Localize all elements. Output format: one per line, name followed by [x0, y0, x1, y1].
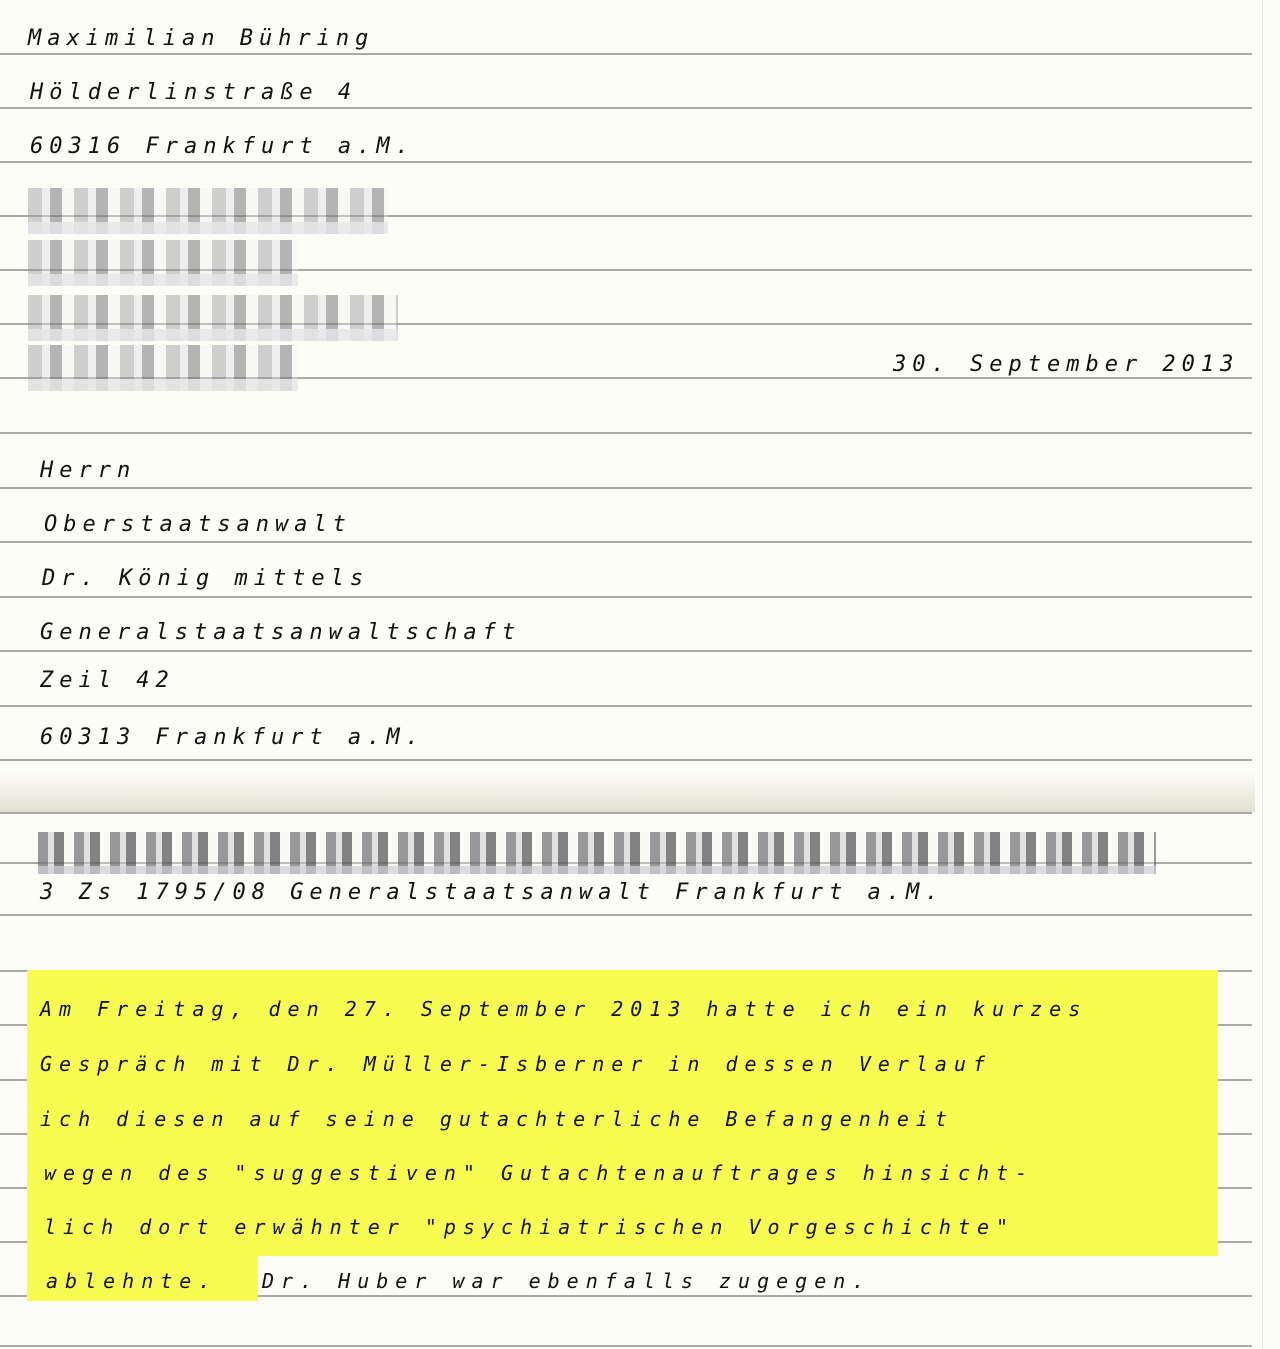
ruled-line	[0, 107, 1252, 109]
letter-date: 30. September 2013	[893, 352, 1239, 378]
ruled-line	[0, 432, 1252, 434]
scan-smudge	[0, 772, 1255, 812]
ruled-line	[0, 650, 1252, 652]
body-line-3: ich diesen auf seine gutachterliche Befa…	[40, 1106, 954, 1132]
ruled-line	[0, 705, 1252, 707]
body-line-5: lich dort erwähnter "psychiatrischen Vor…	[44, 1214, 1015, 1240]
body-line-4: wegen des "suggestiven" Gutachtenauftrag…	[44, 1160, 1034, 1186]
redacted-line-2	[28, 240, 298, 286]
ruled-line	[0, 541, 1252, 543]
file-number: 3 Zs 1795/08 Generalstaatsanwalt Frankfu…	[40, 880, 945, 906]
recipient-city: 60313 Frankfurt a.M.	[40, 725, 425, 751]
ruled-line	[0, 53, 1252, 55]
redacted-line-4	[28, 345, 298, 391]
sender-name: Maximilian Bühring	[28, 26, 374, 52]
body-line-7: Dr. Huber war ebenfalls zugegen.	[262, 1268, 871, 1294]
ruled-line	[0, 596, 1252, 598]
ruled-line	[0, 161, 1252, 163]
ruled-line	[0, 487, 1252, 489]
letter-page: Maximilian Bühring Hölderlinstraße 4 603…	[0, 0, 1280, 1349]
ruled-line	[0, 1345, 1252, 1347]
body-line-2: Gespräch mit Dr. Müller-Isberner in dess…	[40, 1051, 992, 1077]
recipient-office: Generalstaatsanwaltschaft	[40, 620, 521, 646]
sender-city: 60316 Frankfurt a.M.	[30, 134, 415, 160]
ruled-line	[0, 759, 1252, 761]
body-line-6: ablehnte.	[46, 1268, 217, 1294]
recipient-street: Zeil 42	[40, 668, 175, 694]
sender-street: Hölderlinstraße 4	[30, 80, 357, 106]
recipient-title: Oberstaatsanwalt	[44, 512, 352, 538]
redacted-line-3	[28, 295, 398, 341]
redacted-reference	[38, 832, 1156, 874]
ruled-line	[0, 914, 1252, 916]
recipient-name: Dr. König mittels	[42, 566, 369, 592]
ruled-line	[0, 812, 1252, 814]
paper-fold	[1262, 0, 1263, 1349]
recipient-salutation: Herrn	[40, 458, 136, 484]
body-line-1: Am Freitag, den 27. September 2013 hatte…	[40, 996, 1087, 1022]
redacted-line-1	[28, 188, 388, 234]
